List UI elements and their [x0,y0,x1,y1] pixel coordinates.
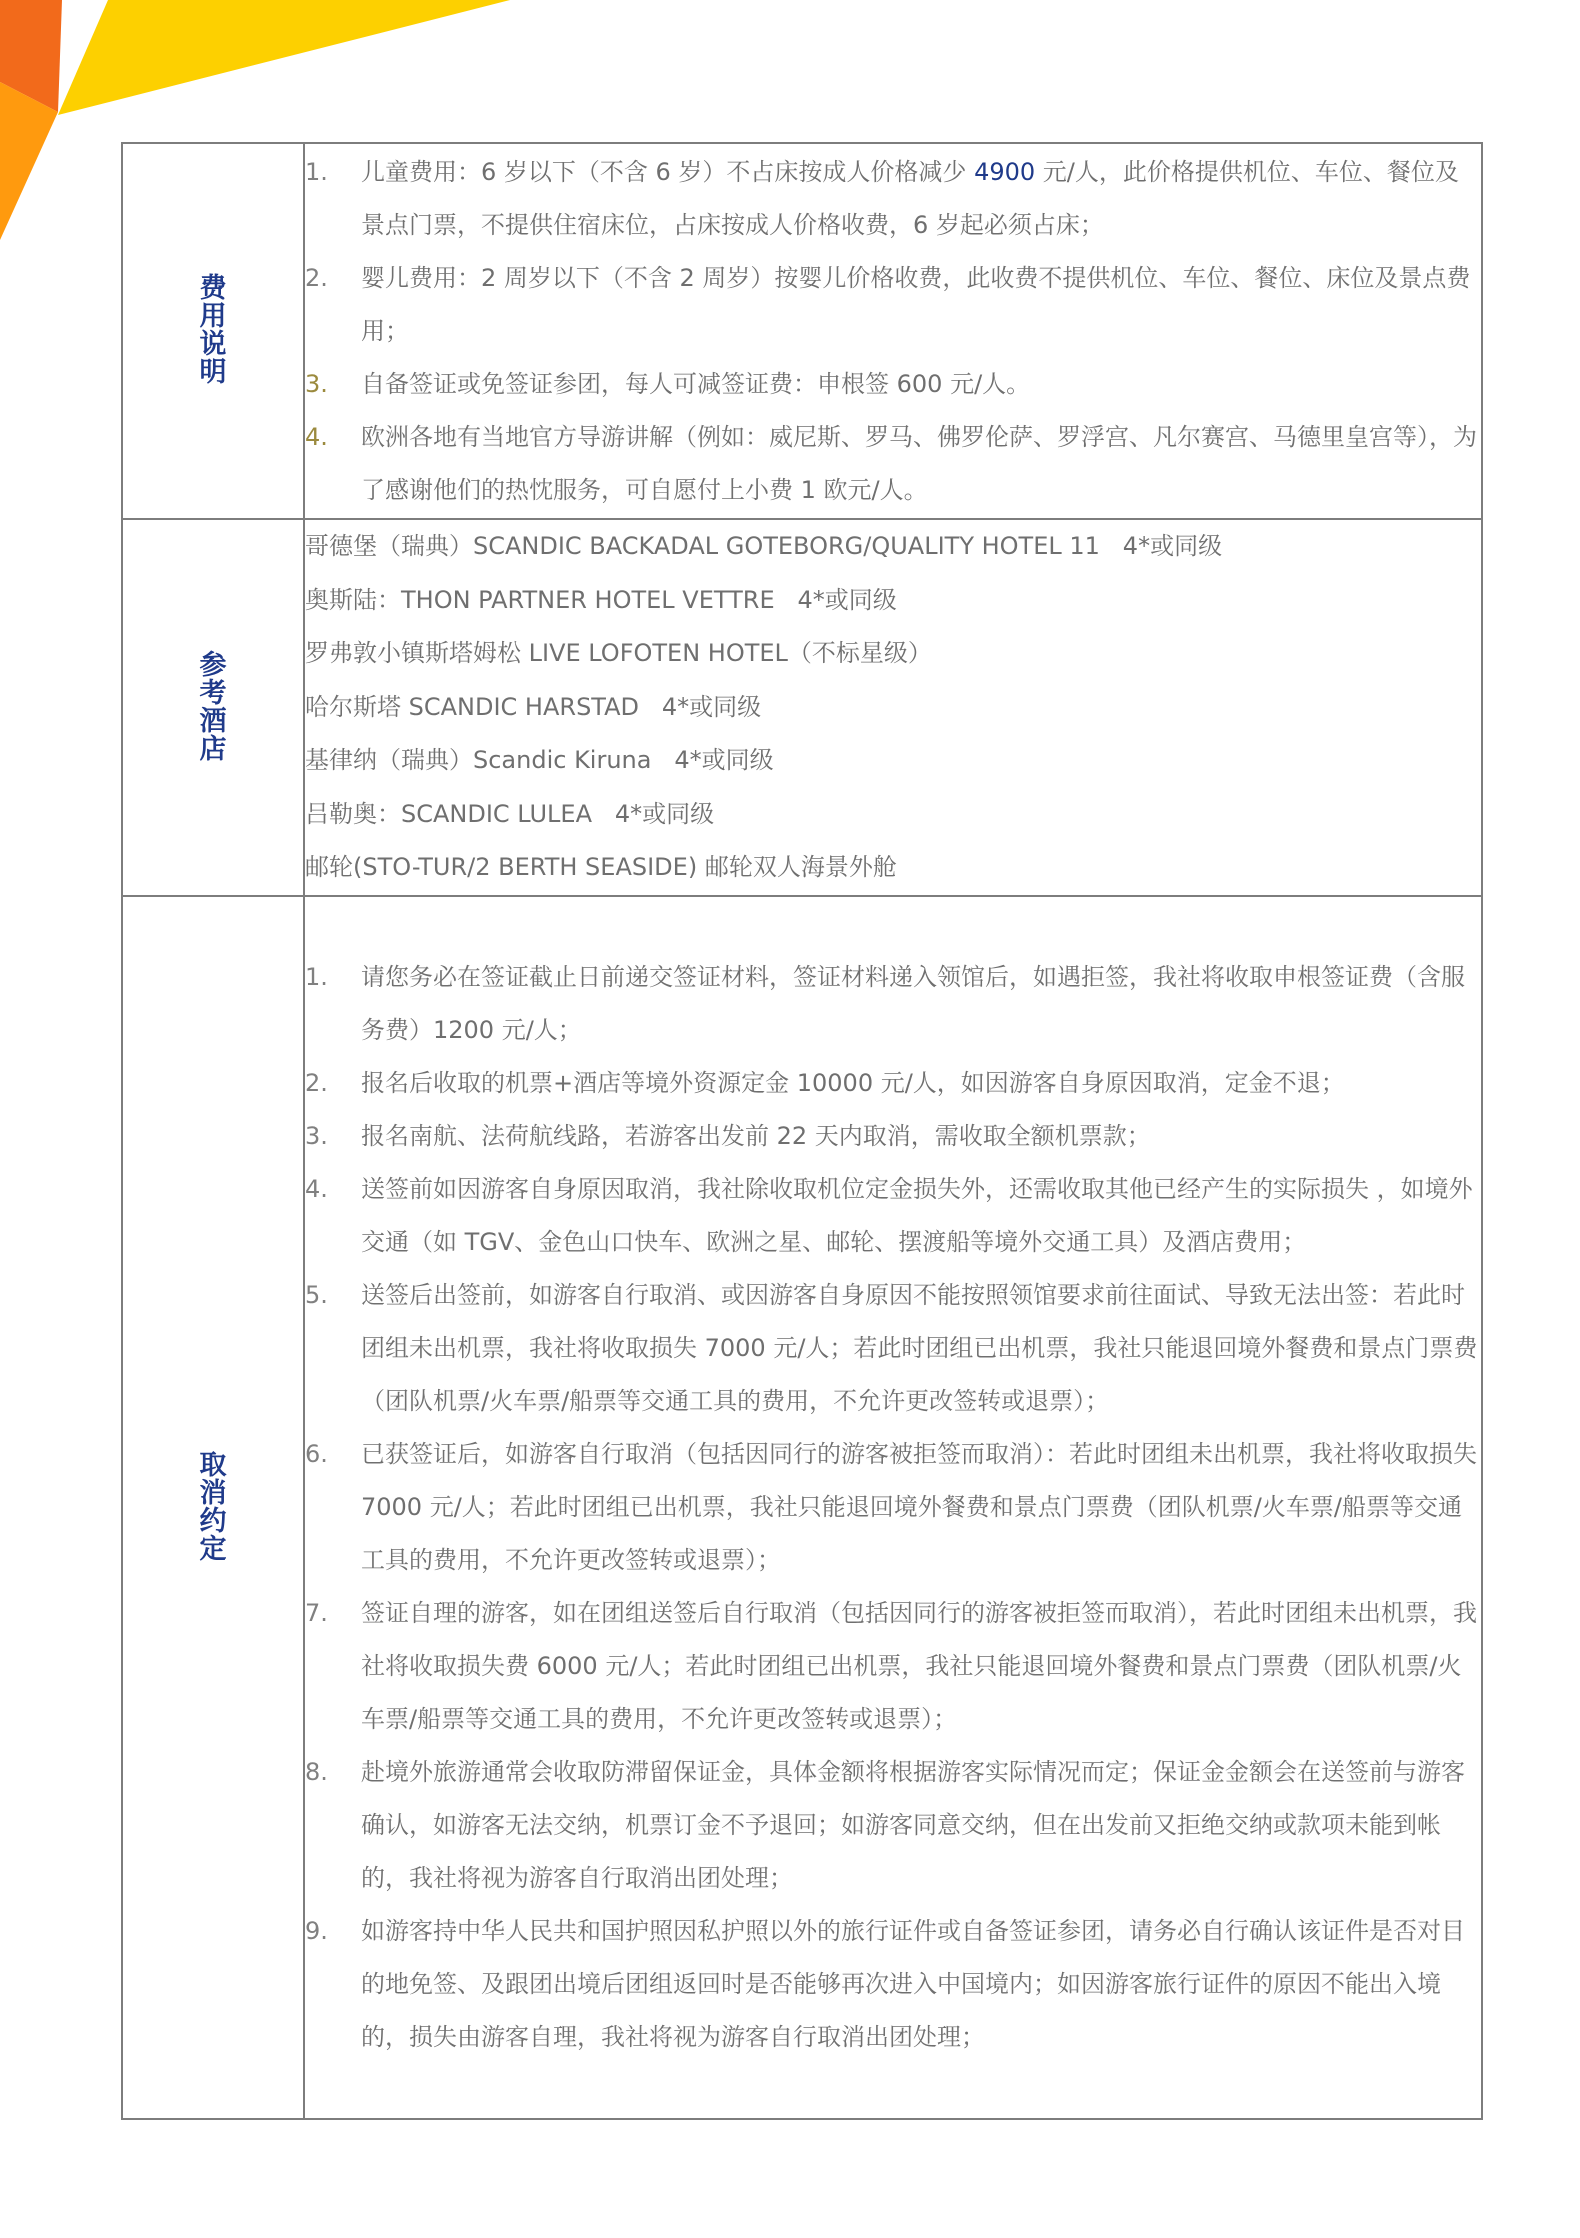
hotel-item: 奥斯陆：THON PARTNER HOTEL VETTRE 4*或同级 [305,574,1481,628]
cancellation-item: 2.报名后收取的机票+酒店等境外资源定金 10000 元/人，如因游客自身原因取… [305,1057,1481,1110]
cancellation-content: 1.请您务必在签证截止日前递交签证材料，签证材料递入领馆后，如遇拒签，我社将收取… [304,896,1482,2119]
hotel-item: 哥德堡（瑞典）SCANDIC BACKADAL GOTEBORG/QUALITY… [305,520,1481,574]
cancellation-item: 7.签证自理的游客，如在团组送签后自行取消（包括因同行的游客被拒签而取消），若此… [305,1587,1481,1746]
fees-content: 1. 儿童费用：6 岁以下（不含 6 岁）不占床按成人价格减少 4900 元/人… [304,143,1482,519]
cancellation-item: 4.送签前如因游客自身原因取消，我社除收取机位定金损失外，还需收取其他已经产生的… [305,1163,1481,1269]
cancellation-label: 取消约定 [198,1452,228,1564]
cancellation-item: 6.已获签证后，如游客自行取消（包括因同行的游客被拒签而取消）：若此时团组未出机… [305,1428,1481,1587]
hotels-label: 参考酒店 [198,652,228,764]
hotels-row: 参考酒店 哥德堡（瑞典）SCANDIC BACKADAL GOTEBORG/QU… [122,519,1482,896]
cancellation-item: 5.送签后出签前，如游客自行取消、或因游客自身原因不能按照领馆要求前往面试、导致… [305,1269,1481,1428]
cancellation-item: 1.请您务必在签证截止日前递交签证材料，签证材料递入领馆后，如遇拒签，我社将收取… [305,951,1481,1057]
fees-row: 费用说明 1. 儿童费用：6 岁以下（不含 6 岁）不占床按成人价格减少 490… [122,143,1482,519]
fee-item: 1. 儿童费用：6 岁以下（不含 6 岁）不占床按成人价格减少 4900 元/人… [305,146,1481,252]
item-number: 9. [305,1905,361,2064]
hotels-label-cell: 参考酒店 [122,519,304,896]
item-number: 6. [305,1428,361,1587]
hotel-item: 基律纳（瑞典）Scandic Kiruna 4*或同级 [305,734,1481,788]
cancellation-item: 3.报名南航、法荷航线路，若游客出发前 22 天内取消，需收取全额机票款； [305,1110,1481,1163]
fees-label-cell: 费用说明 [122,143,304,519]
fee-item: 4. 欧洲各地有当地官方导游讲解（例如：威尼斯、罗马、佛罗伦萨、罗浮宫、凡尔赛宫… [305,411,1481,517]
item-number: 7. [305,1587,361,1746]
item-number: 4. [305,411,361,517]
item-number: 1. [305,146,361,252]
child-discount-amount: 4900 [974,158,1035,186]
itinerary-terms-table: 费用说明 1. 儿童费用：6 岁以下（不含 6 岁）不占床按成人价格减少 490… [121,142,1483,2120]
item-number: 2. [305,252,361,358]
fee-item: 2. 婴儿费用：2 周岁以下（不含 2 周岁）按婴儿价格收费，此收费不提供机位、… [305,252,1481,358]
item-number: 8. [305,1746,361,1905]
fee-item: 3. 自备签证或免签证参团，每人可减签证费：申根签 600 元/人。 [305,358,1481,411]
cancellation-item: 8.赴境外旅游通常会收取防滞留保证金，具体金额将根据游客实际情况而定；保证金金额… [305,1746,1481,1905]
hotel-item: 邮轮(STO-TUR/2 BERTH SEASIDE) 邮轮双人海景外舱 [305,841,1481,895]
fees-label: 费用说明 [198,275,228,387]
item-number: 5. [305,1269,361,1428]
cancellation-label-cell: 取消约定 [122,896,304,2119]
hotel-item: 罗弗敦小镇斯塔姆松 LIVE LOFOTEN HOTEL（不标星级） [305,627,1481,681]
hotel-item: 哈尔斯塔 SCANDIC HARSTAD 4*或同级 [305,681,1481,735]
item-number: 2. [305,1057,361,1110]
cancellation-item: 9.如游客持中华人民共和国护照因私护照以外的旅行证件或自备签证参团，请务必自行确… [305,1905,1481,2064]
item-number: 4. [305,1163,361,1269]
cancellation-row: 取消约定 1.请您务必在签证截止日前递交签证材料，签证材料递入领馆后，如遇拒签，… [122,896,1482,2119]
item-number: 3. [305,358,361,411]
item-number: 3. [305,1110,361,1163]
hotel-item: 吕勒奥：SCANDIC LULEA 4*或同级 [305,788,1481,842]
hotels-content: 哥德堡（瑞典）SCANDIC BACKADAL GOTEBORG/QUALITY… [304,519,1482,896]
item-number: 1. [305,951,361,1057]
